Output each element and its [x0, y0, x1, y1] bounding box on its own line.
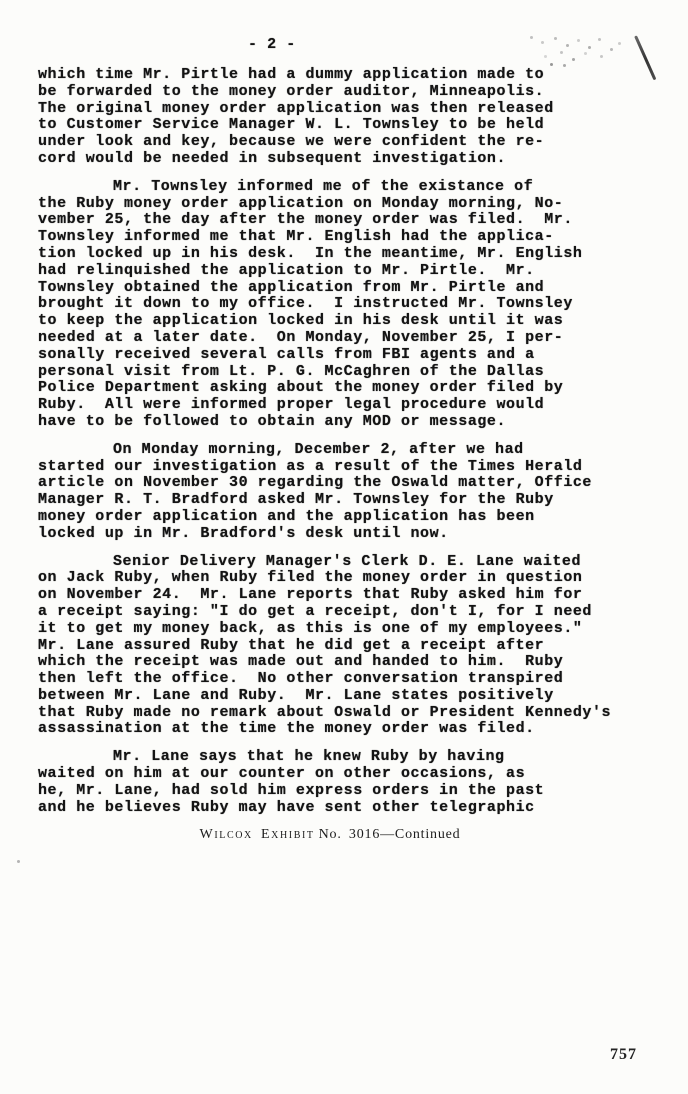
text-line: Townsley obtained the application from M… [38, 280, 640, 297]
text-line: sonally received several calls from FBI … [38, 347, 640, 364]
paragraph: which time Mr. Pirtle had a dummy applic… [38, 67, 640, 168]
text-line: under look and key, because we were conf… [38, 134, 640, 151]
paragraph: Mr. Lane says that he knew Ruby by havin… [38, 749, 640, 816]
text-line: Police Department asking about the money… [38, 380, 640, 397]
text-line: that Ruby made no remark about Oswald or… [38, 705, 640, 722]
text-line: Mr. Lane says that he knew Ruby by havin… [38, 749, 640, 766]
text-line: and he believes Ruby may have sent other… [38, 800, 640, 817]
page-header-number: - 2 - [248, 36, 296, 53]
text-line: Townsley informed me that Mr. English ha… [38, 229, 640, 246]
text-line: Mr. Townsley informed me of the existanc… [38, 179, 640, 196]
text-line: locked up in Mr. Bradford's desk until n… [38, 526, 640, 543]
text-line: which time Mr. Pirtle had a dummy applic… [38, 67, 640, 84]
document-body: which time Mr. Pirtle had a dummy applic… [38, 67, 640, 827]
text-line: it to get my money back, as this is one … [38, 621, 640, 638]
paragraph: Senior Delivery Manager's Clerk D. E. La… [38, 554, 640, 739]
text-line: Mr. Lane assured Ruby that he did get a … [38, 638, 640, 655]
text-line: The original money order application was… [38, 101, 640, 118]
text-line: waited on him at our counter on other oc… [38, 766, 640, 783]
text-line: brought it down to my office. I instruct… [38, 296, 640, 313]
text-line: vember 25, the day after the money order… [38, 212, 640, 229]
paper-speck [17, 860, 20, 863]
text-line: then left the office. No other conversat… [38, 671, 640, 688]
text-line: which the receipt was made out and hande… [38, 654, 640, 671]
text-line: on November 24. Mr. Lane reports that Ru… [38, 587, 640, 604]
text-line: needed at a later date. On Monday, Novem… [38, 330, 640, 347]
text-line: article on November 30 regarding the Osw… [38, 475, 640, 492]
text-line: a receipt saying: "I do get a receipt, d… [38, 604, 640, 621]
text-line: Manager R. T. Bradford asked Mr. Townsle… [38, 492, 640, 509]
text-line: between Mr. Lane and Ruby. Mr. Lane stat… [38, 688, 640, 705]
pencil-smudge-mark [530, 36, 533, 39]
exhibit-caption-title: Wilcox Exhibit [200, 827, 315, 842]
text-line: Ruby. All were informed proper legal pro… [38, 397, 640, 414]
text-line: On Monday morning, December 2, after we … [38, 442, 640, 459]
text-line: personal visit from Lt. P. G. McCaghren … [38, 364, 640, 381]
text-line: have to be followed to obtain any MOD or… [38, 414, 640, 431]
exhibit-caption: Wilcox ExhibitNo. 3016—Continued [0, 827, 660, 843]
text-line: cord would be needed in subsequent inves… [38, 151, 640, 168]
exhibit-caption-number: No. 3016—Continued [319, 827, 461, 842]
text-line: had relinquished the application to Mr. … [38, 263, 640, 280]
text-line: money order application and the applicat… [38, 509, 640, 526]
text-line: he, Mr. Lane, had sold him express order… [38, 783, 640, 800]
text-line: to keep the application locked in his de… [38, 313, 640, 330]
text-line: assassination at the time the money orde… [38, 721, 640, 738]
paragraph: Mr. Townsley informed me of the existanc… [38, 179, 640, 431]
text-line: Senior Delivery Manager's Clerk D. E. La… [38, 554, 640, 571]
text-line: tion locked up in his desk. In the meant… [38, 246, 640, 263]
scanned-document-page: - 2 - which time Mr. Pirtle had a dummy … [0, 0, 688, 1094]
text-line: on Jack Ruby, when Ruby filed the money … [38, 570, 640, 587]
text-line: started our investigation as a result of… [38, 459, 640, 476]
page-number: 757 [610, 1046, 637, 1064]
paragraph: On Monday morning, December 2, after we … [38, 442, 640, 543]
text-line: be forwarded to the money order auditor,… [38, 84, 640, 101]
text-line: to Customer Service Manager W. L. Townsl… [38, 117, 640, 134]
text-line: the Ruby money order application on Mond… [38, 196, 640, 213]
